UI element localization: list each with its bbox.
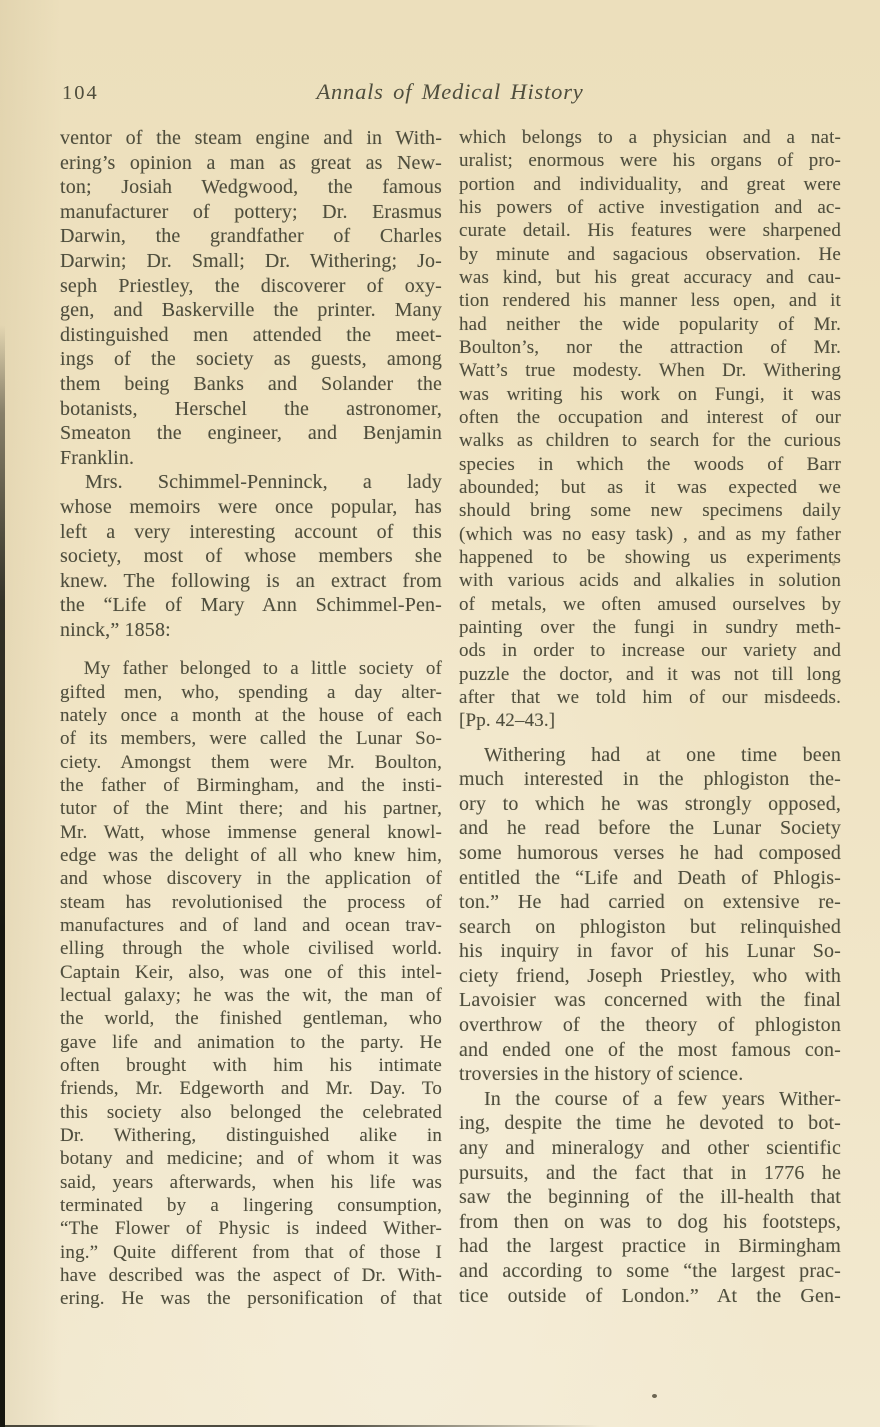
text-line: puzzle the doctor, and it was not till l… xyxy=(459,663,841,686)
text-line: distinguished men attended the meet- xyxy=(60,323,442,348)
text-line: manufactures and of land and ocean trav- xyxy=(60,914,442,937)
text-line: some humorous verses he had composed xyxy=(459,841,841,866)
text-line: ventor of the steam engine and in With- xyxy=(60,126,442,151)
text-line: lectual galaxy; he was the wit, the man … xyxy=(60,984,442,1007)
text-line: ton; Josiah Wedgwood, the famous xyxy=(60,175,442,200)
text-line: seph Priestley, the discoverer of oxy- xyxy=(60,274,442,299)
left-text-column: ventor of the steam engine and in With-e… xyxy=(60,126,442,1311)
text-line: ering’s opinion a man as great as New- xyxy=(60,151,442,176)
text-line: botanists, Herschel the astronomer, xyxy=(60,397,442,422)
text-line: his powers of active investigation and a… xyxy=(459,196,841,219)
book-page-scan: { "page": { "number": "104", "running_he… xyxy=(0,0,880,1427)
text-line: and whose discovery in the application o… xyxy=(60,867,442,890)
text-line: ings of the society as guests, among xyxy=(60,347,442,372)
text-line: ory to which he was strongly opposed, xyxy=(459,792,841,817)
text-line: ciety. Amongst them were Mr. Boulton, xyxy=(60,751,442,774)
text-line: society, most of whose members she xyxy=(60,544,442,569)
text-line: ering. He was the personification of tha… xyxy=(60,1287,442,1310)
text-line: gen, and Baskerville the printer. Many xyxy=(60,298,442,323)
text-line: “The Flower of Physic is indeed Wither- xyxy=(60,1217,442,1240)
text-line: by minute and sagacious observation. He xyxy=(459,243,841,266)
text-line: edge was the delight of all who knew him… xyxy=(60,844,442,867)
text-line: Mrs. Schimmel-Penninck, a lady xyxy=(60,470,442,495)
text-line: nately once a month at the house of each xyxy=(60,704,442,727)
text-line: pursuits, and the fact that in 1776 he xyxy=(459,1161,841,1186)
paper-speck xyxy=(652,1394,657,1398)
text-line: manufacturer of pottery; Dr. Erasmus xyxy=(60,200,442,225)
text-line: ing.” Quite different from that of those… xyxy=(60,1241,442,1264)
text-line: botany and medicine; and of whom it was xyxy=(60,1147,442,1170)
right-text-column: which belongs to a physician and a nat-u… xyxy=(459,126,841,1308)
text-line: tion rendered his manner less open, and … xyxy=(459,289,841,312)
text-line: troversies in the history of science. xyxy=(459,1062,841,1087)
text-line: often brought with him his intimate xyxy=(60,1054,442,1077)
text-line: ninck,” 1858: xyxy=(60,618,442,643)
text-line: tice outside of London.” At the Gen- xyxy=(459,1284,841,1309)
text-line: the father of Birmingham, and the insti- xyxy=(60,774,442,797)
text-line: them being Banks and Solander the xyxy=(60,372,442,397)
text-line: Mr. Watt, whose immense general knowl- xyxy=(60,821,442,844)
text-line: the world, the finished gentleman, who xyxy=(60,1007,442,1030)
text-line: happened to be showing us experiments xyxy=(459,546,841,569)
text-line: painting over the fungi in sundry meth- xyxy=(459,616,841,639)
text-line: knew. The following is an extract from xyxy=(60,569,442,594)
text-line: My father belonged to a little society o… xyxy=(60,657,442,680)
text-line: Darwin; Dr. Small; Dr. Withering; Jo- xyxy=(60,249,442,274)
text-line: friends, Mr. Edgeworth and Mr. Day. To xyxy=(60,1077,442,1100)
text-line: Lavoisier was concerned with the final xyxy=(459,988,841,1013)
text-line: of its members, were called the Lunar So… xyxy=(60,727,442,750)
text-line: should bring some new specimens daily xyxy=(459,499,841,522)
text-line: Dr. Withering, distinguished alike in xyxy=(60,1124,442,1147)
text-line: Boulton’s, nor the attraction of Mr. xyxy=(459,336,841,359)
text-line: tutor of the Mint there; and his partner… xyxy=(60,797,442,820)
text-line: entitled the “Life and Death of Phlogis- xyxy=(459,866,841,891)
text-line: uralist; enormous were his organs of pro… xyxy=(459,149,841,172)
text-line: said, years afterwards, when his life wa… xyxy=(60,1171,442,1194)
text-line: ing, despite the time he devoted to bot- xyxy=(459,1111,841,1136)
text-line: with various acids and alkalies in solut… xyxy=(459,569,841,592)
text-line: and he read before the Lunar Society xyxy=(459,816,841,841)
text-line: this society also belonged the celebrate… xyxy=(60,1101,442,1124)
text-line: abounded; but as it was expected we xyxy=(459,476,841,499)
text-line: had the largest practice in Birmingham xyxy=(459,1234,841,1259)
text-line: Captain Keir, also, was one of this inte… xyxy=(60,961,442,984)
text-line: ciety friend, Joseph Priestley, who with xyxy=(459,964,841,989)
text-line: was writing his work on Fungi, it was xyxy=(459,383,841,406)
text-line: gave life and animation to the party. He xyxy=(60,1031,442,1054)
text-line: the “Life of Mary Ann Schimmel-Pen- xyxy=(60,593,442,618)
text-line: Watt’s true modesty. When Dr. Withering xyxy=(459,359,841,382)
text-line: of metals, we often amused ourselves by xyxy=(459,593,841,616)
text-line: ods in order to increase our variety and xyxy=(459,639,841,662)
text-line: In the course of a few years Wither- xyxy=(459,1087,841,1112)
text-line: Withering had at one time been xyxy=(459,743,841,768)
text-line: species in which the woods of Barr xyxy=(459,453,841,476)
text-line: from then on was to dog his footsteps, xyxy=(459,1210,841,1235)
text-line: Darwin, the grandfather of Charles xyxy=(60,224,442,249)
text-line: left a very interesting account of this xyxy=(60,520,442,545)
text-line: curate detail. His features were sharpen… xyxy=(459,219,841,242)
text-line: any and mineralogy and other scientific xyxy=(459,1136,841,1161)
text-line: ton.” He had carried on extensive re- xyxy=(459,890,841,915)
text-line: gifted men, who, spending a day alter- xyxy=(60,681,442,704)
text-line: search on phlogiston but relinquished xyxy=(459,915,841,940)
paper-speck xyxy=(832,561,835,566)
text-line: walks as children to search for the curi… xyxy=(459,429,841,452)
text-line: saw the beginning of the ill-health that xyxy=(459,1185,841,1210)
text-line: whose memoirs were once popular, has xyxy=(60,495,442,520)
text-line: have described was the aspect of Dr. Wit… xyxy=(60,1264,442,1287)
left-edge-shadow xyxy=(0,325,5,1427)
text-line: overthrow of the theory of phlogiston xyxy=(459,1013,841,1038)
text-line: terminated by a lingering consumption, xyxy=(60,1194,442,1217)
text-line: portion and individuality, and great wer… xyxy=(459,173,841,196)
text-line: his inquiry in favor of his Lunar So- xyxy=(459,939,841,964)
running-head: Annals of Medical History xyxy=(60,79,840,105)
text-line: steam has revolutionised the process of xyxy=(60,891,442,914)
text-line: had neither the wide popularity of Mr. xyxy=(459,313,841,336)
text-line: elling through the whole civilised world… xyxy=(60,937,442,960)
text-line: (which was no easy task) , and as my fat… xyxy=(459,523,841,546)
text-line: which belongs to a physician and a nat- xyxy=(459,126,841,149)
text-line: and ended one of the most famous con- xyxy=(459,1038,841,1063)
text-line: often the occupation and interest of our xyxy=(459,406,841,429)
text-line: much interested in the phlogiston the- xyxy=(459,767,841,792)
text-line: and according to some “the largest prac- xyxy=(459,1259,841,1284)
text-line: Smeaton the engineer, and Benjamin xyxy=(60,421,442,446)
text-line: [Pp. 42–43.] xyxy=(459,709,841,732)
text-line: Franklin. xyxy=(60,446,442,471)
text-line: after that we told him of our misdeeds. xyxy=(459,686,841,709)
text-line: was kind, but his great accuracy and cau… xyxy=(459,266,841,289)
